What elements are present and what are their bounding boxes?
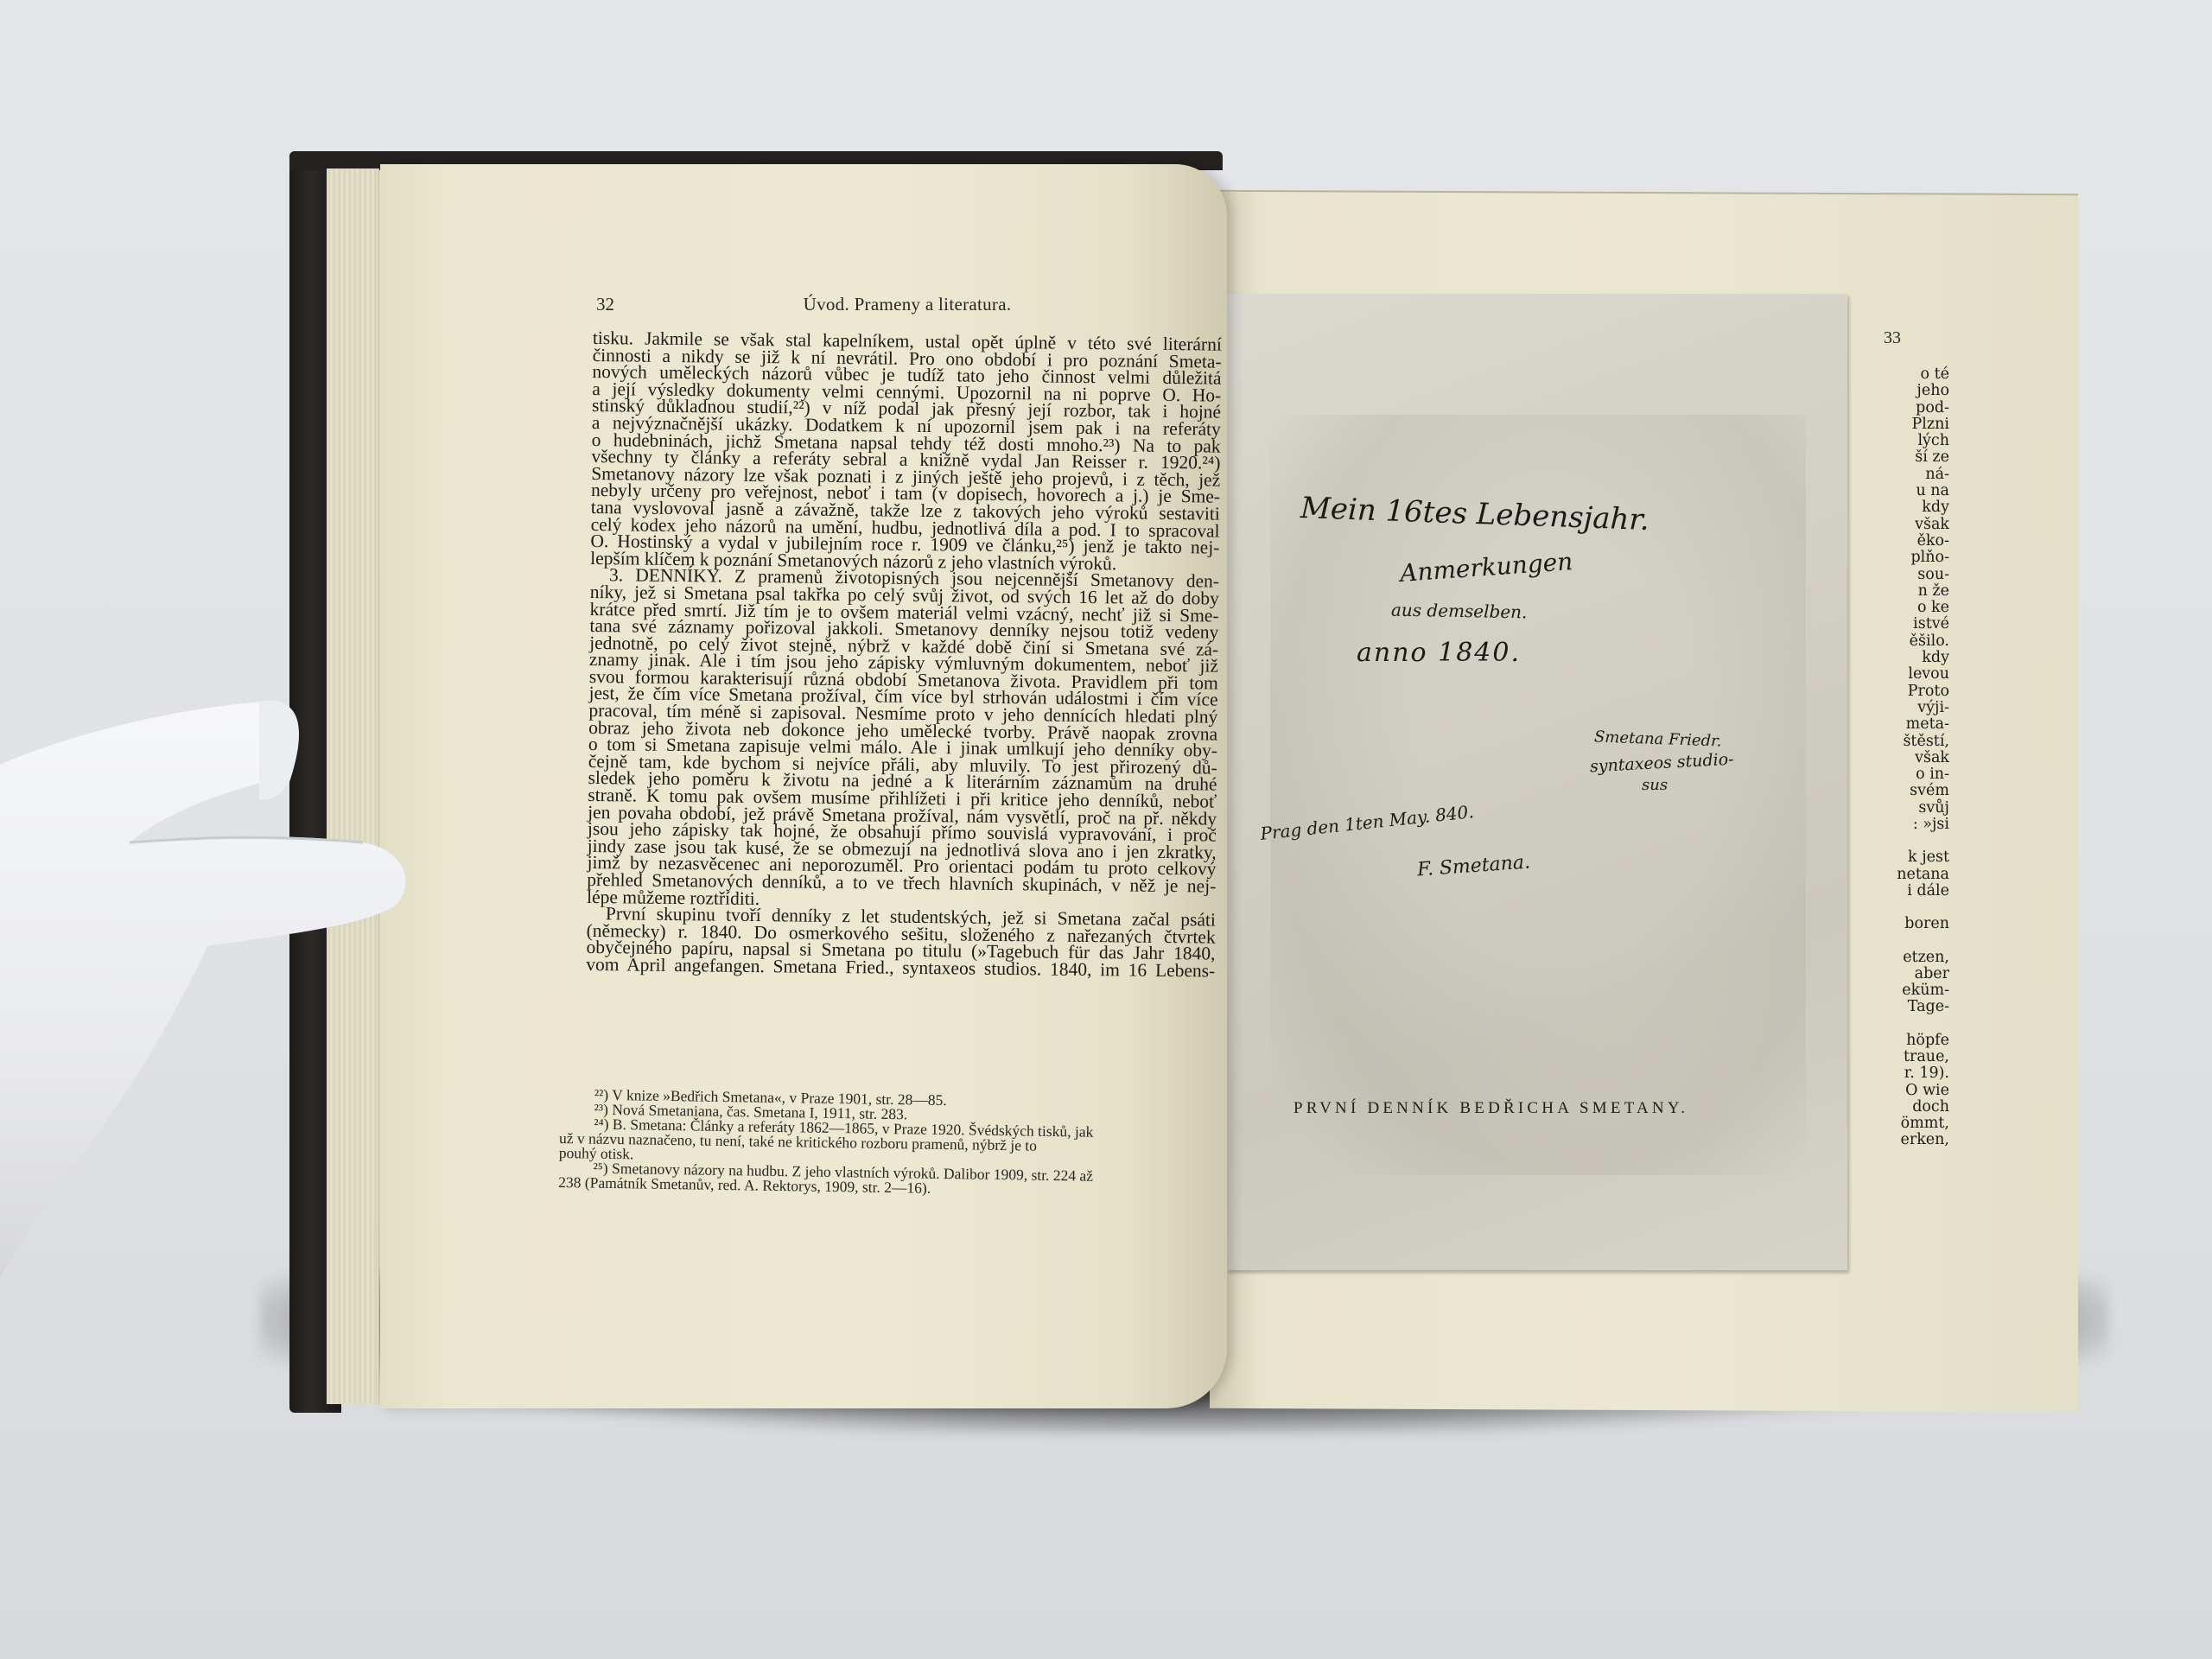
right-page-fragment: pod- (1863, 400, 1949, 416)
right-page-fragment: meta- (1863, 716, 1949, 733)
right-page-fragment: kdy (1863, 650, 1949, 666)
right-page-fragment: boren (1863, 916, 1949, 932)
right-page-fragment: : »jsi (1863, 817, 1949, 833)
right-page-fragment: O wie (1863, 1083, 1949, 1099)
handwriting-line: sus (1642, 776, 1668, 794)
right-page-fragment: kdy (1863, 499, 1949, 516)
right-page-fragment: ěšilo. (1863, 633, 1949, 650)
right-page-fragment: traue, (1863, 1049, 1949, 1065)
left-page-footnotes: ²²) V knize »Bedřich Smetana«, v Praze 1… (558, 1087, 1191, 1199)
right-page-fragment: etzen, (1863, 950, 1949, 966)
right-page-fragment: sou- (1863, 567, 1949, 583)
right-page-fragment (1863, 899, 1949, 916)
handwriting-line: anno 1840. (1357, 638, 1521, 668)
right-page-fragment: svém (1863, 783, 1949, 799)
left-page-body: tisku. Jakmile se však stal kapelníkem, … (586, 330, 1222, 980)
right-page-number: 33 (1884, 328, 1901, 348)
right-page-fragment: výji- (1863, 700, 1949, 716)
right-page-fragment: levou (1863, 666, 1949, 683)
right-page-fragment: i dále (1863, 883, 1949, 899)
page-edges-stack (327, 168, 379, 1404)
right-page-fragment: netana (1863, 867, 1949, 883)
right-page-fragment: Proto (1863, 683, 1949, 700)
right-page-fragment: jeho (1863, 383, 1949, 399)
right-page-fragment: plňo- (1863, 550, 1949, 566)
right-page-fragment: u na (1863, 483, 1949, 499)
right-page-fragment: aber (1863, 966, 1949, 982)
right-page-fragment: o ke (1863, 600, 1949, 616)
right-page-fragment: lých (1863, 433, 1949, 449)
right-page-fragment: svůj (1863, 800, 1949, 817)
right-page-fragment (1863, 1016, 1949, 1033)
running-head: 32 Úvod. Prameny a literatura. (596, 294, 1218, 320)
right-page-fragment: r. 19). (1863, 1065, 1949, 1082)
right-page-fragment: Plzni (1863, 416, 1949, 433)
facsimile-insert (1227, 294, 1847, 1270)
right-page-text-fragments: o téjehopod-Plznilýchší zená-u nakdyvšak… (1863, 366, 1949, 1149)
right-page-fragment: ömmt, (1863, 1116, 1949, 1132)
right-page-fragment: ěko- (1863, 533, 1949, 550)
insert-caption: PRVNÍ DENNÍK BEDŘICHA SMETANY. (1294, 1099, 1688, 1118)
right-page-fragment: však (1863, 517, 1949, 533)
handwriting-line: aus demselben. (1391, 600, 1528, 623)
right-page-fragment: však (1863, 750, 1949, 766)
right-page-fragment: eküm- (1863, 982, 1949, 999)
right-page-fragment (1863, 833, 1949, 849)
right-page-fragment: o in- (1863, 766, 1949, 783)
right-page-fragment (1863, 933, 1949, 950)
right-page-fragment: istvé (1863, 616, 1949, 632)
right-page-fragment: ná- (1863, 467, 1949, 483)
running-title: Úvod. Prameny a literatura. (596, 294, 1218, 315)
right-page-fragment: k jest (1863, 849, 1949, 866)
right-page-fragment: Tage- (1863, 999, 1949, 1015)
right-page-fragment: ší ze (1863, 449, 1949, 466)
right-page-fragment: erken, (1863, 1132, 1949, 1148)
right-page-fragment: štěstí, (1863, 734, 1949, 750)
right-page-fragment: o té (1863, 366, 1949, 383)
right-page-fragment: n že (1863, 583, 1949, 600)
right-page-fragment: doch (1863, 1099, 1949, 1116)
right-page-fragment: höpfe (1863, 1033, 1949, 1049)
